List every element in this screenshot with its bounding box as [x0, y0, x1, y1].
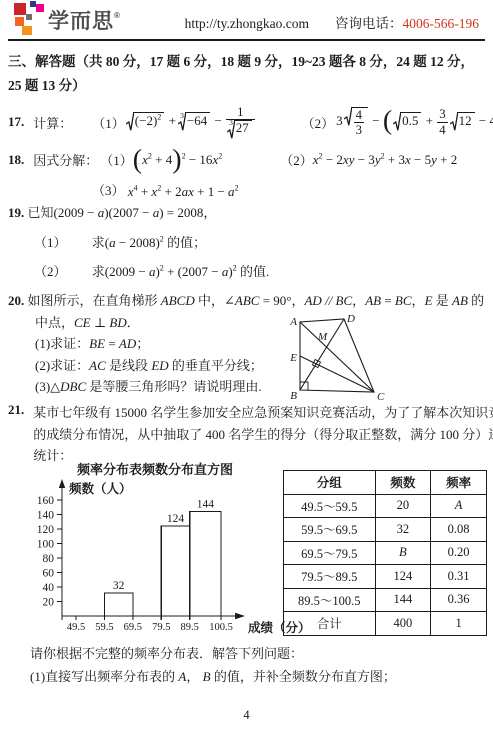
text-run: + 2 — [437, 152, 457, 167]
part-tag: （2） — [302, 113, 335, 132]
geometry-figure: A D E B C M — [280, 312, 400, 406]
fraction: 34 — [436, 107, 448, 137]
part-tag: （1） — [100, 150, 133, 169]
math-var: AB — [452, 293, 468, 308]
problem-20-line-4: (2)求证：AC 是线段 ED 的垂直平分线； — [35, 355, 487, 377]
text-run: − 2008) — [116, 235, 160, 250]
radical: 3−64 — [180, 112, 210, 131]
text-run: 求 — [92, 264, 105, 279]
table-row: 49.5～59.520A — [284, 494, 487, 518]
text-run: 的值； — [164, 235, 206, 250]
frequency-table: 分组频数频率49.5～59.520A59.5～69.5320.0869.5～79… — [283, 470, 487, 636]
problem-20-line-5: (3)△DBC 是等腰三角形吗？请说明理由. — [35, 376, 487, 398]
paren: ( — [383, 105, 392, 136]
problem-text: 如图所示，在直角梯形 ABCD 中，∠ABC = 90°，AD // BC，AB… — [28, 293, 485, 308]
paren: ( — [133, 144, 142, 175]
text-run: + 1 − — [194, 184, 228, 199]
x-tick-label: 49.5 — [67, 622, 85, 633]
text-run: − — [211, 113, 225, 128]
y-tick-label: 20 — [43, 597, 55, 609]
x-tick-label: 89.5 — [181, 622, 199, 633]
y-tick-label: 140 — [37, 510, 55, 522]
part-tag: （2） — [34, 261, 67, 280]
problem-18-line-1: 18. 因式分解： （1） (x2 + 4)2 − 16x2 （2） x2 − … — [8, 150, 487, 169]
table-cell: 400 — [375, 612, 431, 636]
problem-text: 已知(2009 − a)(2007 − a) = 2008， — [28, 205, 217, 220]
text-run: )(2007 − — [104, 205, 153, 220]
bar-value-label: 124 — [167, 513, 185, 525]
problem-number: 19. — [8, 205, 24, 220]
text-run: (2009 − — [105, 264, 149, 279]
table-cell: 0.31 — [431, 565, 487, 589]
radical: 43 — [344, 107, 368, 138]
superscript: 2 — [235, 184, 239, 193]
text-run: 的 — [468, 293, 484, 308]
table-cell: 49.5～59.5 — [284, 494, 376, 518]
bar-value-label: 144 — [197, 499, 215, 511]
text-run: 的值. — [237, 264, 270, 279]
problem-label: 计算： — [33, 113, 72, 132]
text-run: (2)求证： — [35, 358, 89, 373]
brand-name: 学而思® — [48, 1, 120, 37]
text-run: + (2007 − — [164, 264, 222, 279]
phone-label: 咨询电话： — [335, 16, 403, 31]
text-run: ， — [352, 293, 365, 308]
text-run: ) = 2008， — [159, 205, 216, 220]
text-run: + 3 — [385, 152, 405, 167]
table-cell: 0.08 — [431, 518, 487, 542]
text-run: ； — [136, 336, 149, 351]
text-run: ． — [127, 315, 140, 330]
table-cell: A — [431, 494, 487, 518]
table-row: 合计4001 — [284, 612, 487, 636]
table-cell: 合计 — [284, 612, 376, 636]
problem-21-line-2: 的成绩分布情况，从中抽取了 400 名学生的得分（得分取正整数，满分 100 分… — [33, 424, 493, 446]
text-run: − 16 — [186, 152, 213, 167]
registered-mark: ® — [114, 11, 120, 20]
text-run: 1 — [237, 105, 243, 119]
vertex-label-D: D — [346, 313, 355, 325]
math-var: // — [322, 293, 336, 308]
x-tick-label: 100.5 — [209, 622, 233, 633]
formula-18-3: x4 + x2 + 2ax + 1 − a2 — [128, 184, 239, 200]
point-label-M: M — [317, 331, 328, 343]
x-tick-label: 59.5 — [95, 622, 113, 633]
math-var: ABC — [235, 293, 260, 308]
text-run: (−2) — [135, 113, 158, 128]
table-header-cell: 分组 — [284, 471, 376, 495]
histogram-bar — [161, 526, 189, 616]
problem-number: 17. — [8, 114, 24, 130]
text-run: 3 — [336, 113, 343, 128]
formula-17-1: (−2)2 + 3−64 − 1327 — [125, 105, 256, 139]
y-axis-label: 频数（人） — [68, 481, 132, 496]
text-run: 3 — [439, 107, 445, 121]
text-run: 中，∠ — [195, 293, 235, 308]
text-run: 4 — [356, 108, 362, 122]
table-cell: 1 — [431, 612, 487, 636]
table-cell: 20 — [375, 494, 431, 518]
superscript: 2 — [157, 113, 161, 122]
text-run: − 3 — [354, 152, 374, 167]
page-number: 4 — [0, 708, 493, 723]
table-cell: 59.5～69.5 — [284, 518, 376, 542]
table-cell: 124 — [375, 565, 431, 589]
text-run: 求 — [92, 235, 105, 250]
part-tag: （3） — [92, 183, 125, 198]
text-run: ⊥ — [91, 315, 110, 330]
text-run: 已知 — [28, 205, 54, 220]
text-run: 是等腰三角形吗？请说明理由. — [86, 379, 262, 394]
text-run: (3)△ — [35, 379, 60, 394]
y-tick-label: 40 — [43, 582, 55, 594]
problem-number: 18. — [8, 152, 24, 168]
math-var: xy — [343, 152, 355, 167]
math-var: CE — [74, 315, 91, 330]
text-run: + — [422, 113, 436, 128]
header: 学而思® http://ty.zhongkao.com咨询电话：4006-566… — [0, 0, 493, 40]
problem-number: 20. — [8, 293, 24, 308]
math-var: B — [203, 669, 211, 684]
table-row: 89.5～100.51440.36 — [284, 588, 487, 612]
frequency-table-wrap: 分组频数频率49.5～59.520A59.5～69.5320.0869.5～79… — [283, 470, 487, 636]
text-run: (1)直接写出频率分布表的 — [30, 669, 178, 684]
math-var: B — [399, 545, 407, 559]
table-cell: 32 — [375, 518, 431, 542]
vertex-label-E: E — [289, 352, 297, 364]
part-text: 求(a − 2008)2 的值； — [92, 235, 206, 250]
segment-BD — [300, 319, 344, 390]
math-var: DBC — [60, 379, 86, 394]
brand-logo-icon — [12, 1, 44, 35]
table-header-cell: 频数 — [375, 471, 431, 495]
x-tick-label: 69.5 — [124, 622, 142, 633]
table-cell: 0.36 — [431, 588, 487, 612]
text-run: 的值，并补全频数分布直方图； — [211, 669, 396, 684]
math-var: BE — [89, 336, 105, 351]
table-cell: 79.5～89.5 — [284, 565, 376, 589]
paren: ) — [172, 144, 181, 175]
logo-tile — [14, 3, 26, 15]
text-run: + — [138, 184, 152, 199]
logo-tile — [26, 14, 32, 20]
brand-text: 学而思 — [48, 10, 114, 33]
instruction-line-1: 请你根据不完整的频率分布表．解答下列问题： — [30, 642, 487, 665]
part-tag: （1） — [92, 113, 125, 132]
text-run: = 90°， — [259, 293, 304, 308]
segment-AC — [300, 322, 374, 392]
y-axis-arrow — [59, 479, 65, 488]
problem-19-part-2: （2） 求(2009 − a)2 + (2007 − a)2 的值. — [34, 261, 487, 280]
text-run: (2009 − — [54, 205, 98, 220]
table-cell: 144 — [375, 588, 431, 612]
y-tick-label: 160 — [37, 495, 55, 507]
radical: 12 — [450, 112, 475, 131]
text-run: 4 — [439, 123, 445, 137]
text-run: = — [105, 336, 119, 351]
problem-20-line-2: 中点，CE ⊥ BD． — [35, 312, 487, 334]
text-run: ， — [186, 669, 202, 684]
problem-21: 21. 某市七年级有 15000 名学生参加安全应急预案知识竞赛活动，为了了解本… — [8, 402, 487, 467]
table-header-cell: 频率 — [431, 471, 487, 495]
problem-20: 20. 如图所示，在直角梯形 ABCD 中，∠ABC = 90°，AD // B… — [8, 290, 487, 402]
text-run: 是线段 — [106, 358, 152, 373]
y-tick-label: 120 — [37, 524, 55, 536]
radical-index: 3 — [229, 119, 233, 127]
math-var: ax — [182, 184, 194, 199]
problem-18-line-2: （3） x4 + x2 + 2ax + 1 − a2 — [92, 180, 487, 200]
y-tick-label: 80 — [43, 553, 55, 565]
text-run: 12 — [459, 113, 472, 128]
math-var: ED — [151, 358, 168, 373]
problem-19-part-1: （1） 求(a − 2008)2 的值； — [34, 232, 487, 251]
table-cell: 0.20 — [431, 541, 487, 565]
table-cell: B — [375, 541, 431, 565]
text-run: 如图所示，在直角梯形 — [28, 293, 161, 308]
math-var: A — [455, 498, 463, 512]
text-run: 0.5 — [402, 113, 418, 128]
text-run: − — [369, 113, 383, 128]
y-tick-label: 100 — [37, 539, 55, 551]
part-text: 求(2009 − a)2 + (2007 − a)2 的值. — [92, 264, 269, 279]
table-row: 59.5～69.5320.08 — [284, 518, 487, 542]
problem-21-line-1: 某市七年级有 15000 名学生参加安全应急预案知识竞赛活动，为了了解本次知识竞… — [33, 402, 493, 424]
math-var: AD — [304, 293, 321, 308]
part-tag: （1） — [34, 232, 67, 251]
x-axis-arrow — [235, 613, 245, 619]
histogram-bar — [190, 512, 221, 616]
problem-20-line-3: (1)求证：BE = AD； — [35, 333, 487, 355]
radical: (−2)2 — [126, 112, 165, 131]
table-cell: 69.5～79.5 — [284, 541, 376, 565]
math-var: E — [425, 293, 433, 308]
formula-17-2: 343 − (0.5 + 3412 − 418) — [336, 107, 493, 138]
segment-EC — [300, 356, 374, 392]
radical: 327 — [229, 120, 251, 139]
text-run: + 4 — [152, 152, 172, 167]
instruction-line-2: (1)直接写出频率分布表的 A， B 的值，并补全频数分布直方图； — [30, 665, 487, 688]
bar-value-label: 32 — [113, 580, 125, 592]
math-var: AD — [119, 336, 136, 351]
logo-tile — [22, 26, 32, 35]
x-tick-label: 79.5 — [152, 622, 170, 633]
problem-17: 17. 计算： （1） (−2)2 + 3−64 − 1327 （2） 343 … — [8, 96, 487, 148]
table-cell: 89.5～100.5 — [284, 588, 376, 612]
math-var: ABCD — [161, 293, 195, 308]
math-var: BD — [109, 315, 126, 330]
text-run: − 4 — [476, 113, 493, 128]
y-tick-label: 60 — [43, 568, 55, 580]
problem-19-intro: 19. 已知(2009 − a)(2007 − a) = 2008， — [8, 202, 487, 221]
text-run: 请你根据不完整的频率分布表．解答下列问题： — [30, 646, 303, 661]
text-run: − 5 — [411, 152, 431, 167]
vertex-label-B: B — [290, 390, 297, 402]
text-run: 27 — [236, 121, 249, 135]
part-tag: （2） — [280, 150, 313, 169]
text-run: ， — [412, 293, 425, 308]
site-url: http://ty.zhongkao.com — [185, 16, 309, 31]
problem-21-text: 某市七年级有 15000 名学生参加安全应急预案知识竞赛活动，为了了解本次知识竞… — [33, 402, 493, 467]
logo-tile — [15, 17, 24, 26]
math-var: BC — [395, 293, 412, 308]
histogram-bar — [104, 593, 132, 616]
text-run: 的垂直平分线； — [169, 358, 263, 373]
table-row: 69.5～79.5B0.20 — [284, 541, 487, 565]
phone-number: 4006-566-196 — [403, 16, 480, 31]
text-run: −64 — [187, 113, 207, 128]
superscript: 2 — [218, 151, 222, 160]
header-divider — [8, 39, 485, 41]
problem-20-line-1: 20. 如图所示，在直角梯形 ABCD 中，∠ABC = 90°，AD // B… — [8, 290, 487, 312]
vertex-label-A: A — [289, 316, 297, 328]
histogram-svg: 频数（人）成绩（分）2040608010012014016049.559.569… — [36, 476, 306, 644]
text-run: 是 — [433, 293, 453, 308]
text-run: 3 — [356, 123, 362, 137]
formula-18-2: x2 − 2xy − 3y2 + 3x − 5y + 2 — [313, 152, 457, 168]
exam-page: 学而思® http://ty.zhongkao.com咨询电话：4006-566… — [0, 0, 493, 738]
header-contact: http://ty.zhongkao.com咨询电话：4006-566-196 — [185, 12, 479, 32]
text-run: (1)求证： — [35, 336, 89, 351]
text-run: 中点， — [35, 315, 74, 330]
brand-logo: 学而思® — [12, 1, 120, 37]
section-title: 三、解答题（共 80 分，17 题 6 分，18 题 9 分，19~23 题各 … — [8, 50, 483, 98]
text-run: − 2 — [323, 152, 343, 167]
fraction: 43 — [353, 108, 365, 138]
table-header-row: 分组频数频率 — [284, 471, 487, 495]
radical-index: 3 — [180, 111, 184, 120]
closing-instructions: 请你根据不完整的频率分布表．解答下列问题： (1)直接写出频率分布表的 A， B… — [30, 642, 487, 688]
table-row: 79.5～89.51240.31 — [284, 565, 487, 589]
math-var: BC — [336, 293, 353, 308]
formula-18-1: (x2 + 4)2 − 16x2 — [133, 152, 222, 168]
logo-tile — [36, 4, 44, 12]
math-var: AC — [89, 358, 106, 373]
text-run: = — [381, 293, 395, 308]
radical: 0.5 — [393, 112, 421, 131]
fraction: 1327 — [225, 105, 255, 139]
text-run: + 2 — [161, 184, 181, 199]
frequency-histogram: 频数（人）成绩（分）2040608010012014016049.559.569… — [36, 476, 306, 644]
problem-label: 因式分解： — [33, 150, 98, 169]
math-var: AB — [365, 293, 381, 308]
problem-number: 21. — [8, 402, 24, 467]
